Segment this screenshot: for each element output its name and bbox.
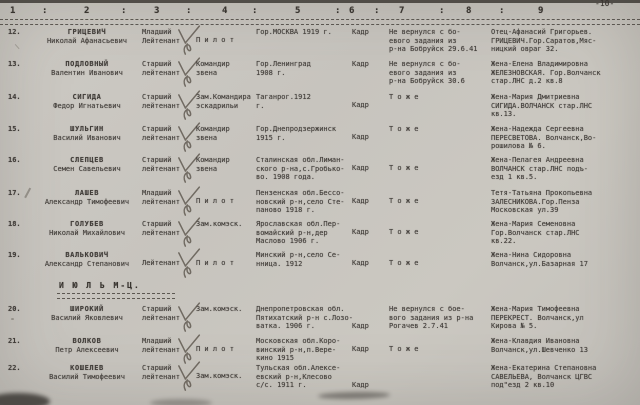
person-name: ПОДЛОВНЫЙ Валентин Иванович <box>34 60 140 77</box>
col-separator: : <box>42 6 47 16</box>
col-separator: : <box>374 6 379 16</box>
family-address: Жена-Мария Дмитриевна СИГИДА.ВОЛЧАНСК ст… <box>491 93 640 119</box>
cadre-label: Кадр <box>352 101 369 110</box>
col-header: 7 <box>399 6 404 16</box>
position: П и л о т <box>196 345 258 354</box>
cadre-label: Кадр <box>352 133 369 142</box>
cadre-label: Кадр <box>352 60 369 69</box>
position: Зам.комэск. <box>196 220 258 229</box>
position: Зам.комэск. <box>196 372 258 381</box>
birthplace: Днепропетровская обл. Пятихатский р-н с.… <box>256 305 356 331</box>
position: Командир звена <box>196 156 258 173</box>
birthplace: Гор.МОСКВА 1919 г. <box>256 28 356 37</box>
family-address: Жена-Елена Владимировна ЖЕЛЕЗНОВСКАЯ. Го… <box>491 60 640 86</box>
col-header: 4 <box>222 6 227 16</box>
fate: Т о ж е <box>389 125 489 134</box>
fate: Не вернулся с бо- евого задания из р-на … <box>389 60 489 86</box>
fate: Т о ж е <box>389 345 489 354</box>
row-number: 12. <box>8 28 21 37</box>
col-header: 2 <box>84 6 89 16</box>
person-name: КОШЕЛЕВ Василий Тимофеевич <box>34 364 140 381</box>
person-name: ВАЛЬКОВИЧ Александр Степанович <box>34 251 140 268</box>
row-number: 15. <box>8 125 21 134</box>
col-header: 8 <box>466 6 471 16</box>
header-divider <box>0 19 640 25</box>
table-top-border <box>0 0 640 3</box>
section-divider <box>57 293 175 299</box>
family-address: Тетя-Татьяна Прокопьевна ЗАЛЕСНИКОВА.Гор… <box>491 189 640 215</box>
col-separator: : <box>252 6 257 16</box>
person-name: ЛАШЕВ Александр Тимофеевич <box>34 189 140 206</box>
birthplace: Гор.Днепродзержинск 1915 г. <box>256 125 356 142</box>
fate: Не вернулся с бо- евого задания из р-на … <box>389 28 489 54</box>
fate: Т о ж е <box>389 259 489 268</box>
cadre-label: Кадр <box>352 28 369 37</box>
col-separator: : <box>121 6 126 16</box>
person-name: ШУЛЬГИН Василий Иванович <box>34 125 140 142</box>
fate: Т о ж е <box>389 197 489 206</box>
row-number: 16. <box>8 156 21 165</box>
cadre-label: Кадр <box>352 381 369 390</box>
birthplace: Минский р-н,село Се- нница. 1912 <box>256 251 356 268</box>
birthplace: Ярославская обл.Пер- вомайский р-н,дер М… <box>256 220 356 246</box>
cadre-label: Кадр <box>352 228 369 237</box>
row-number: 19. <box>8 251 21 260</box>
position: Командир звена <box>196 60 258 77</box>
person-name: ВОЛКОВ Петр Алексеевич <box>34 337 140 354</box>
row-number: 13. <box>8 60 21 69</box>
birthplace: Сталинская обл.Лиман- ского р-на,с.Гробь… <box>256 156 356 182</box>
row-number: 14. <box>8 93 21 102</box>
fate: Т о ж е <box>389 93 489 102</box>
col-separator: : <box>499 6 504 16</box>
section-header-july: И Ю Л Ь М-Ц. <box>59 282 141 291</box>
col-header: 5 <box>295 6 300 16</box>
cadre-label: Кадр <box>352 197 369 206</box>
birthplace: Пензенская обл.Бессо- новский р-н,село С… <box>256 189 356 215</box>
family-address: Жена-Мария Тимофеевна ПЕРЕКРЕСТ. Волчанс… <box>491 305 640 331</box>
person-name: СЛЕПЦЕВ Семен Савельевич <box>34 156 140 173</box>
row-number: 20. <box>8 305 21 314</box>
birthplace: Гор.Ленинград 1908 г. <box>256 60 356 77</box>
fate: Не вернулся с бое- вого задания из р-на … <box>389 305 489 331</box>
pen-mark <box>24 188 31 198</box>
cadre-label: Кадр <box>352 164 369 173</box>
ink-smudge <box>150 399 212 405</box>
col-separator: : <box>186 6 191 16</box>
family-address: Жена-Мария Семеновна Гор.Волчанск стар.Л… <box>491 220 640 246</box>
row-number: 21. <box>8 337 21 346</box>
family-address: Жена-Нина Сидоровна Волчанск,ул.Базарная… <box>491 251 640 268</box>
family-address: Жена-Пелагея Андреевна ВОЛЧАНСК стар.ЛНС… <box>491 156 640 182</box>
ink-smudge <box>318 391 390 399</box>
cadre-label: Кадр <box>352 345 369 354</box>
col-header: 9 <box>538 6 543 16</box>
position: П и л о т <box>196 259 258 268</box>
position: Командир звена <box>196 125 258 142</box>
person-name: СИГИДА Федор Игнатьевич <box>34 93 140 110</box>
person-name: ГОЛУБЕВ Николай Михайлович <box>34 220 140 237</box>
fate: Т о ж е <box>389 164 489 173</box>
position: П и л о т <box>196 197 258 206</box>
pen-mark <box>11 318 14 320</box>
col-header: 1 <box>10 6 15 16</box>
birthplace: Таганрог.1912 г. <box>256 93 356 110</box>
scanned-document-page: 1 : 2 : 3 : 4 : 5 : 6 : 7 : 8 : 9 -10- 1… <box>0 0 640 405</box>
family-address: Жена-Надежда Сергеевна ПЕРЕСВЕТОВА. Волч… <box>491 125 640 151</box>
cadre-label: Кадр <box>352 322 369 331</box>
family-address: Отец-Афанасий Григорьев. ГРИЦЕВИЧ.Гор.Са… <box>491 28 640 54</box>
position: Зам.Командира эскадрильи <box>196 93 258 110</box>
cadre-label: Кадр <box>352 259 369 268</box>
family-address: Жена-Клавдия Ивановна Волчанск,ул.Шевчен… <box>491 337 640 354</box>
fate: Т о ж е <box>389 228 489 237</box>
person-name: ШИРОКИЙ Василий Яковлевич <box>34 305 140 322</box>
family-address: Жена-Екатерина Степановна САВЕЛЬЕВА, Вол… <box>491 364 640 390</box>
page-number: -10- <box>595 0 614 9</box>
position: П и л о т <box>196 36 258 45</box>
row-number: 22. <box>8 364 21 373</box>
birthplace: Московская обл.Коро- винский р-н,п.Вере-… <box>256 337 356 363</box>
row-number: 17. <box>8 189 21 198</box>
person-name: ГРИЦЕВИЧ Николай Афанасьевич <box>34 28 140 45</box>
birthplace: Тульская обл.Алексе- евский р-н,Клесово … <box>256 364 356 390</box>
position: Зам.комэск. <box>196 305 258 314</box>
ink-smudge <box>0 393 50 405</box>
col-separator: : <box>335 6 340 16</box>
col-header: 6 <box>349 6 354 16</box>
col-header: 3 <box>154 6 159 16</box>
pen-mark <box>14 44 19 49</box>
row-number: 18. <box>8 220 21 229</box>
col-separator: : <box>439 6 444 16</box>
